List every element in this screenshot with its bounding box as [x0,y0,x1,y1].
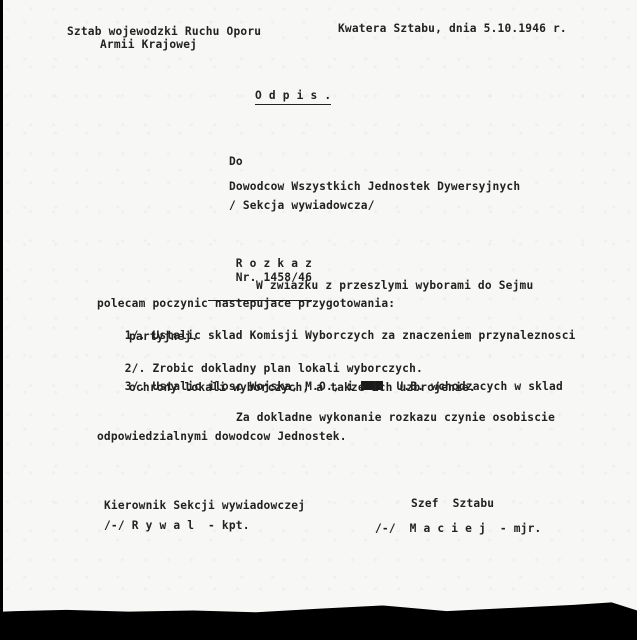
place-date: Kwatera Sztabu, dnia 5.10.1946 r. [338,22,567,36]
sender-line-1: Sztab wojewodzki Ruchu Oporu [67,25,261,39]
signature-right-name: /-/ M a c i e j - mjr. [375,522,541,536]
order-word: R o z k a z [236,257,312,270]
signature-left-title: Kierownik Sekcji wywiadowczej [104,499,305,513]
addressee-line-1: Dowodcow Wszystkich Jednostek Dywersyjny… [229,180,520,194]
list-item-3-cont: ochrony lokali wyborczych, a takze ich u… [129,381,476,395]
copy-label: O d p i s . [255,89,331,105]
intro-line-2: polecam poczynic nastepujace przygotowan… [97,297,395,311]
addressee-line-2: / Sekcja wywiadowcza/ [229,199,375,213]
document-page: Sztab wojewodzki Ruchu Oporu Armii Krajo… [3,0,637,621]
intro-line-1: W zwiazku z przeszlymi wyborami do Sejmu [256,279,533,293]
sender-line-2: Armii Krajowej [100,38,197,52]
signature-right-title: Szef Sztabu [411,497,494,511]
closing-line-2: odpowiedzialnymi dowodcow Jednostek. [97,430,347,444]
item-text: Ustalic sklad Komisji Wyborczych za znac… [153,329,576,342]
signature-left-name: /-/ R y w a l - kpt. [104,519,250,533]
addressee-to: Do [229,155,243,169]
closing-line-1: Za dokladne wykonanie rozkazu czynie oso… [236,411,555,425]
list-item-1-cont: partyjnej. [129,330,198,344]
